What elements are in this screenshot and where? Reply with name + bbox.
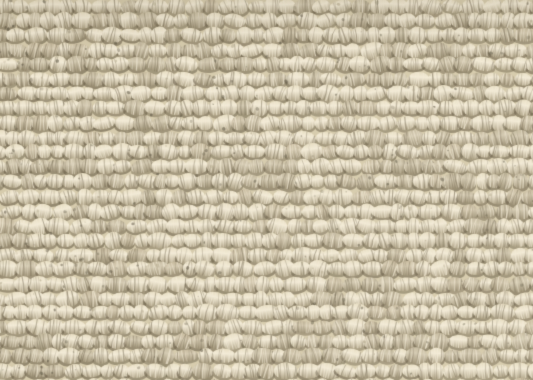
carpet-texture-image	[0, 0, 533, 380]
carpet-photo	[0, 0, 533, 380]
